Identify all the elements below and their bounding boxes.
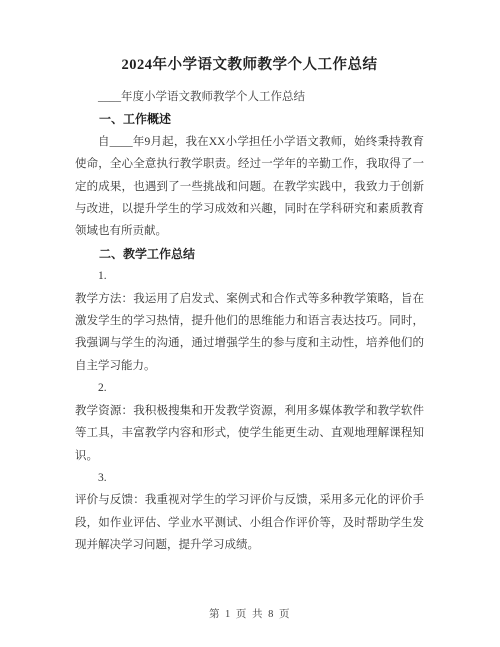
document-body: ____年度小学语文教师教学个人工作总结 一、工作概述 自____年9月起，我在…: [75, 86, 424, 557]
list-item-text-2: 教学资源：我积极搜集和开发教学资源，利用多媒体教学和教学软件等工具，丰富教学内容…: [75, 400, 424, 467]
document-title: 2024年小学语文教师教学个人工作总结: [75, 52, 424, 78]
overview-paragraph: 自____年9月起，我在XX小学担任小学语文教师，始终秉持教育使命，全心全意执行…: [75, 131, 424, 243]
page-number-footer: 第 1 页 共 8 页: [0, 606, 500, 621]
section-heading-teaching-summary: 二、教学工作总结: [75, 243, 424, 265]
list-item-text-3: 评价与反馈：我重视对学生的学习评价与反馈，采用多元化的评价手段，如作业评估、学业…: [75, 489, 424, 556]
list-item-number-2: 2.: [75, 377, 424, 399]
document-page: 2024年小学语文教师教学个人工作总结 ____年度小学语文教师教学个人工作总结…: [0, 0, 500, 647]
list-item-number-3: 3.: [75, 467, 424, 489]
list-item-number-1: 1.: [75, 265, 424, 287]
document-subtitle: ____年度小学语文教师教学个人工作总结: [75, 86, 424, 108]
section-heading-overview: 一、工作概述: [75, 108, 424, 130]
list-item-text-1: 教学方法：我运用了启发式、案例式和合作式等多种教学策略，旨在激发学生的学习热情，…: [75, 288, 424, 378]
document-content: 2024年小学语文教师教学个人工作总结 ____年度小学语文教师教学个人工作总结…: [0, 0, 500, 557]
